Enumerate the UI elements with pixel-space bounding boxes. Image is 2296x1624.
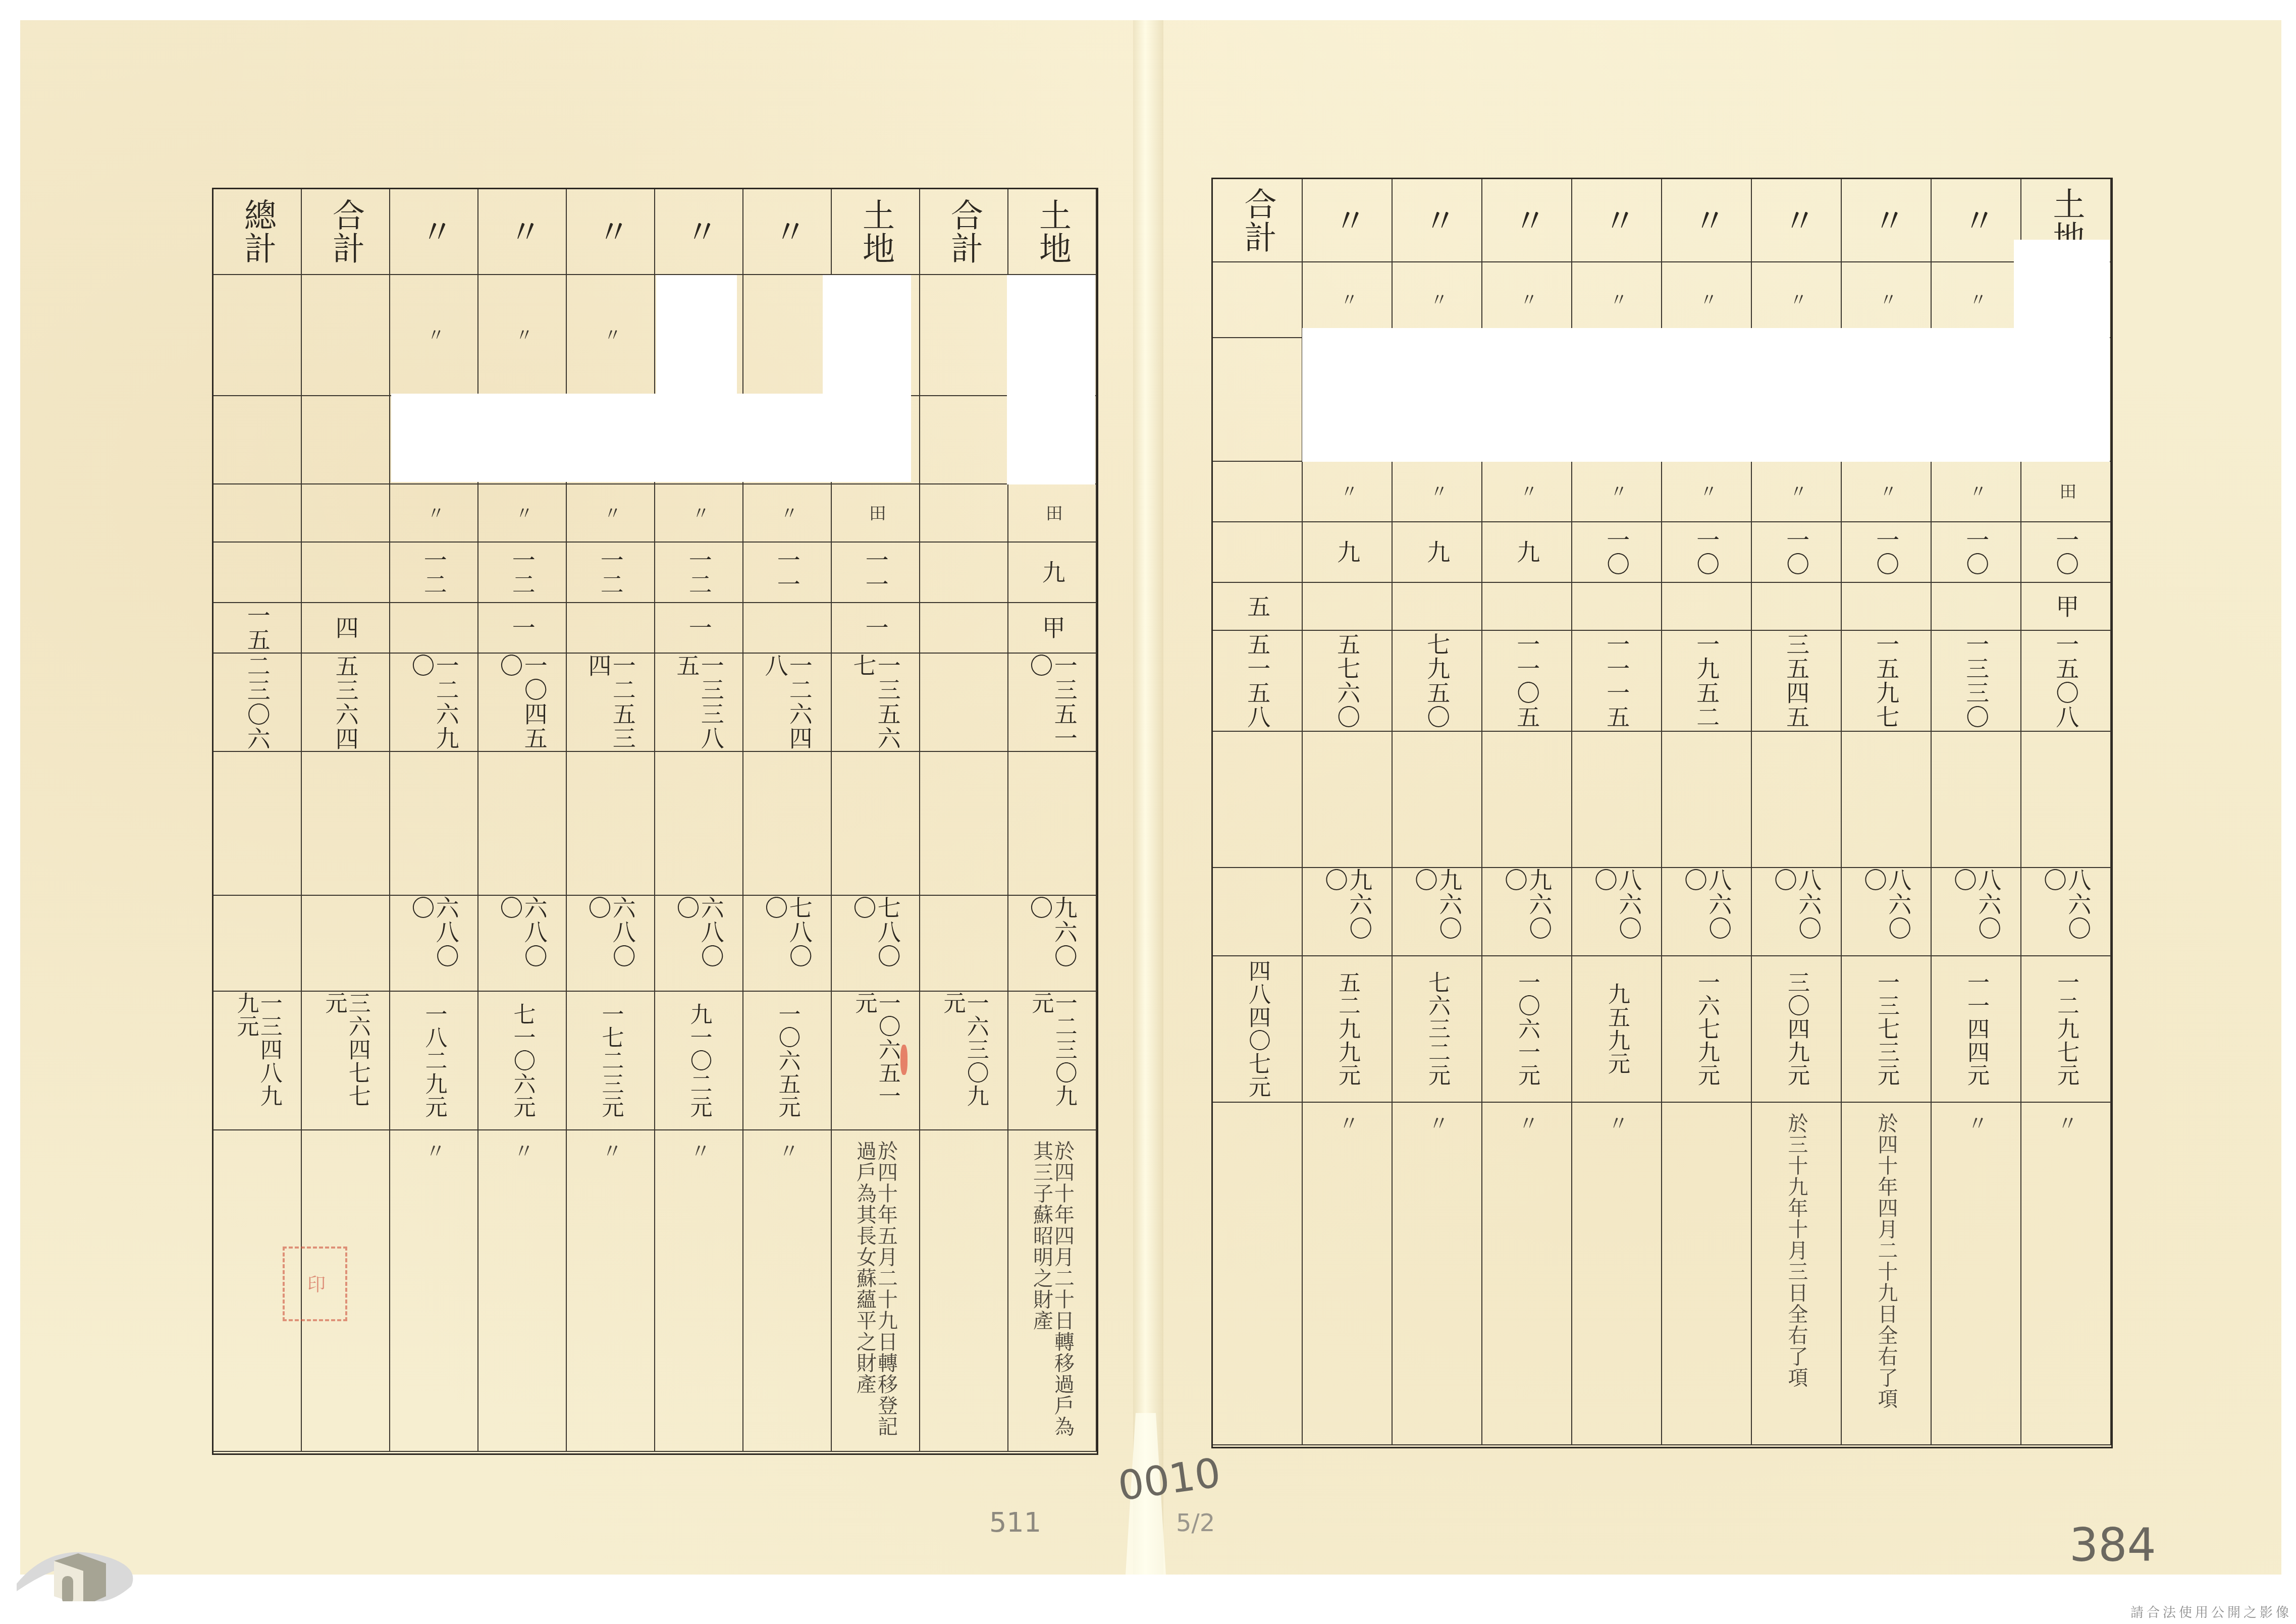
ledger-mark-text: 一 xyxy=(863,616,887,640)
ledger-header-text: 〃 xyxy=(1599,204,1633,237)
ledger-header-text: 〃 xyxy=(594,215,627,248)
ledger-grade-text: 九 xyxy=(1425,540,1449,564)
ledger-cell-remark xyxy=(1213,1103,1303,1445)
ledger-cell-grade: 一二 xyxy=(655,543,743,603)
ledger-cell-blank xyxy=(655,752,743,896)
ledger-cell-row2: 〃 xyxy=(478,275,567,396)
ledger-cell-unit_price xyxy=(920,896,1008,992)
ledger-cell-amount: 九五九元 xyxy=(1572,956,1662,1103)
ledger-cell-grade xyxy=(920,543,1008,603)
ledger-cell-area: 一三五一〇 xyxy=(1008,654,1097,752)
ledger-cell-header: 〃 xyxy=(1932,179,2021,262)
ledger-cell-remark: 〃 xyxy=(390,1130,478,1452)
ledger-cell-header: 土地 xyxy=(1008,189,1097,275)
ledger-cell-row2: 〃 xyxy=(1842,262,1932,338)
ledger-category-text: 〃 xyxy=(602,504,620,522)
ledger-cell-mark: 五 xyxy=(1213,583,1303,631)
ledger-row2-text: 〃 xyxy=(1787,291,1805,309)
ledger-row2-text: 〃 xyxy=(1877,291,1895,309)
ledger-cell-header: 〃 xyxy=(1482,179,1572,262)
ledger-cell-grade: 一〇 xyxy=(1842,522,1932,583)
ledger-cell-remark: 於三十九年十月三日全右了項 xyxy=(1752,1103,1842,1445)
ledger-cell-grade: 一〇 xyxy=(1572,522,1662,583)
ledger-cell-amount: 九一〇二元 xyxy=(655,992,743,1130)
ledger-cell-area xyxy=(920,654,1008,752)
ledger-remark-text: 〃 xyxy=(600,1130,621,1162)
ledger-cell-area: 五七六〇 xyxy=(1303,631,1393,732)
ledger-cell-header: 合計 xyxy=(302,189,390,275)
ledger-cell-header: 總計 xyxy=(213,189,302,275)
ledger-cell-header: 〃 xyxy=(1842,179,1932,262)
ledger-cell-area: 一一一五 xyxy=(1572,631,1662,732)
ledger-cell-blank xyxy=(302,752,390,896)
ledger-cell-area: 一二五三四 xyxy=(567,654,655,752)
ledger-cell-row2: 〃 xyxy=(567,275,655,396)
ledger-cell-amount: 一六三〇九元 xyxy=(920,992,1008,1130)
ledger-cell-grade: 一〇 xyxy=(1752,522,1842,583)
ledger-cell-blank xyxy=(478,752,567,896)
ledger-unit_price-text: 八六〇〇 xyxy=(2042,868,2091,955)
ledger-cell-blank xyxy=(1393,732,1482,868)
ledger-amount-text: 九五九元 xyxy=(1605,983,1628,1075)
ledger-cell-header: 〃 xyxy=(1752,179,1842,262)
ledger-cell-header: 〃 xyxy=(567,189,655,275)
ledger-cell-grade: 一〇 xyxy=(1662,522,1752,583)
ledger-amount-text: 一七二三元 xyxy=(599,1003,622,1119)
ledger-cell-mark: 一 xyxy=(832,603,920,654)
ledger-cell-unit_price xyxy=(302,896,390,992)
ledger-cell-unit_price: 八六〇〇 xyxy=(1572,868,1662,956)
ledger-cell-grade: 一〇 xyxy=(1932,522,2021,583)
ledger-cell-category: 〃 xyxy=(567,484,655,543)
red-seal-stamp: 印 xyxy=(283,1247,347,1321)
ledger-cell-area: 一三五六七 xyxy=(832,654,920,752)
ledger-row2-text: 〃 xyxy=(1608,291,1626,309)
ledger-amount-text: 一〇六五一元 xyxy=(852,992,898,1129)
ledger-cell-category: 〃 xyxy=(1842,462,1932,522)
ledger-grade-text: 九 xyxy=(1335,540,1359,564)
ledger-row2-text: 〃 xyxy=(513,326,531,344)
ledger-cell-header: 合計 xyxy=(1213,179,1303,262)
ledger-cell-row2: 〃 xyxy=(1393,262,1482,338)
ledger-cell-category: 〃 xyxy=(478,484,567,543)
ledger-area-text: 一三三八五 xyxy=(674,654,723,751)
ledger-area-text: 二三〇六 xyxy=(245,654,269,751)
ledger-cell-mark xyxy=(1842,583,1932,631)
ledger-remark-text: 〃 xyxy=(777,1130,798,1162)
ledger-area-text: 五七六〇 xyxy=(1335,632,1359,729)
ledger-row2-text: 〃 xyxy=(1518,291,1536,309)
ledger-cell-remark: 〃 xyxy=(478,1130,567,1452)
ledger-unit_price-text: 七八〇〇 xyxy=(851,896,900,991)
ledger-cell-category xyxy=(920,484,1008,543)
ledger-cell-unit_price: 九六〇〇 xyxy=(1393,868,1482,956)
ledger-cell-mark: 一 xyxy=(655,603,743,654)
ledger-row2-text: 〃 xyxy=(1428,291,1446,309)
ledger-grade-text: 一〇 xyxy=(1605,528,1629,576)
ledger-cell-grade xyxy=(213,543,302,603)
ledger-header-text: 〃 xyxy=(417,215,451,248)
ledger-cell-blank xyxy=(1303,732,1393,868)
ledger-cell-row2 xyxy=(213,275,302,396)
ledger-cell-mark xyxy=(390,603,478,654)
ledger-row2-text: 〃 xyxy=(425,326,443,344)
ledger-remark-text: 〃 xyxy=(1516,1103,1537,1134)
ledger-cell-mark: 甲 xyxy=(1008,603,1097,654)
ledger-amount-text: 三六四七七元 xyxy=(322,992,368,1129)
ledger-cell-remark xyxy=(1662,1103,1752,1445)
ledger-cell-mark xyxy=(1482,583,1572,631)
ledger-cell-mark xyxy=(1572,583,1662,631)
ledger-cell-area: 二三〇六 xyxy=(213,654,302,752)
ledger-cell-remark: 〃 xyxy=(1303,1103,1393,1445)
ledger-cell-area: 五三六四 xyxy=(302,654,390,752)
ledger-cell-remark: 〃 xyxy=(655,1130,743,1452)
ledger-cell-area: 五一五八 xyxy=(1213,631,1303,732)
ledger-cell-blank xyxy=(1482,732,1572,868)
ledger-cell-category: 〃 xyxy=(1932,462,2021,522)
ledger-category-text: 〃 xyxy=(425,504,443,522)
ledger-cell-category: 田 xyxy=(1008,484,1097,543)
ledger-grade-text: 一二 xyxy=(421,548,446,597)
ledger-cell-blank xyxy=(1752,732,1842,868)
ledger-amount-text: 五二九九元 xyxy=(1336,971,1359,1087)
ledger-cell-amount: 七一〇六元 xyxy=(478,992,567,1130)
ledger-cell-area: 一五九七 xyxy=(1842,631,1932,732)
ledger-cell-area: 七九五〇 xyxy=(1393,631,1482,732)
ledger-cell-category: 〃 xyxy=(1572,462,1662,522)
ledger-header-text: 〃 xyxy=(1330,204,1364,237)
ledger-cell-area: 一二六九〇 xyxy=(390,654,478,752)
ledger-area-text: 一二五三四 xyxy=(586,654,635,751)
ledger-header-text: 〃 xyxy=(1869,204,1903,237)
ledger-grade-text: 一二 xyxy=(686,548,711,597)
ledger-category-text: 〃 xyxy=(1518,482,1536,501)
ledger-remark-text: 〃 xyxy=(1606,1103,1627,1134)
pencil-folio-sub: 5/2 xyxy=(1176,1509,1215,1537)
ledger-cell-remark: 於四十年五月二十九日轉移登記過戶為其長女蘇蘊平之財產 xyxy=(832,1130,920,1452)
ledger-cell-remark: 〃 xyxy=(743,1130,832,1452)
ledger-cell-remark xyxy=(920,1130,1008,1452)
ledger-header-text: 總計 xyxy=(240,198,274,265)
ledger-unit_price-text: 八六〇〇 xyxy=(1592,868,1641,955)
ledger-cell-remark: 於四十年四月二十九日全右了項 xyxy=(1842,1103,1932,1445)
ledger-mark-text: 一 xyxy=(510,616,534,640)
ledger-amount-text: 四八四〇七元 xyxy=(1246,959,1269,1099)
ledger-cell-amount: 三〇四九元 xyxy=(1752,956,1842,1103)
ledger-cell-row3 xyxy=(302,396,390,484)
ledger-cell-category: 〃 xyxy=(390,484,478,543)
ledger-remark-text: 〃 xyxy=(688,1130,710,1162)
ledger-cell-row2: 〃 xyxy=(1662,262,1752,338)
ledger-amount-text: 七一〇六元 xyxy=(510,1003,533,1119)
ledger-cell-remark: 〃 xyxy=(1393,1103,1482,1445)
ledger-mark-text: 五 xyxy=(1245,594,1269,619)
ledger-category-text: 〃 xyxy=(1608,482,1626,501)
ledger-cell-grade: 一一 xyxy=(832,543,920,603)
ledger-remark-text: 〃 xyxy=(2055,1103,2076,1134)
ledger-cell-unit_price: 八六〇〇 xyxy=(1842,868,1932,956)
ledger-unit_price-text: 九六〇〇 xyxy=(1413,868,1462,955)
ledger-unit_price-text: 八六〇〇 xyxy=(1682,868,1731,955)
ledger-mark-text: 一五 xyxy=(245,604,269,652)
ledger-cell-amount: 七六三二元 xyxy=(1393,956,1482,1103)
ledger-cell-unit_price xyxy=(1213,868,1303,956)
ledger-cell-blank xyxy=(567,752,655,896)
ledger-cell-header: 合計 xyxy=(920,189,1008,275)
ledger-amount-text: 一〇六一元 xyxy=(1515,971,1538,1087)
ledger-unit_price-text: 六八〇〇 xyxy=(498,896,547,991)
ledger-cell-grade xyxy=(1213,522,1303,583)
ledger-category-text: 〃 xyxy=(1338,482,1356,501)
ledger-unit_price-text: 九六〇〇 xyxy=(1503,868,1552,955)
ledger-cell-unit_price: 八六〇〇 xyxy=(1752,868,1842,956)
ledger-cell-category: 田 xyxy=(2021,462,2111,522)
ledger-cell-amount: 一〇六五元 xyxy=(743,992,832,1130)
ledger-cell-mark xyxy=(567,603,655,654)
ledger-grade-text: 九 xyxy=(1040,560,1064,584)
ledger-area-text: 一九五二 xyxy=(1694,632,1719,729)
ledger-cell-unit_price: 六八〇〇 xyxy=(390,896,478,992)
ledger-row2-text: 〃 xyxy=(1967,291,1985,309)
ledger-cell-grade: 九 xyxy=(1008,543,1097,603)
ledger-cell-blank xyxy=(2021,732,2111,868)
ledger-cell-unit_price: 六八〇〇 xyxy=(478,896,567,992)
ledger-cell-grade: 一一 xyxy=(743,543,832,603)
ledger-remark-text: 〃 xyxy=(423,1130,445,1162)
ledger-cell-row2: 〃 xyxy=(1482,262,1572,338)
ledger-cell-blank xyxy=(1213,732,1303,868)
ledger-row2-text: 〃 xyxy=(602,326,620,344)
ledger-row2-text: 〃 xyxy=(1697,291,1716,309)
ledger-unit_price-text: 七八〇〇 xyxy=(763,896,812,991)
ledger-area-text: 一五〇八 xyxy=(2054,632,2078,729)
ledger-cell-mark: 一 xyxy=(478,603,567,654)
ledger-cell-mark: 甲 xyxy=(2021,583,2111,631)
ledger-area-text: 一一〇五 xyxy=(1515,632,1539,729)
redaction-block xyxy=(391,394,911,482)
ledger-cell-header: 〃 xyxy=(1393,179,1482,262)
ledger-cell-row2: 〃 xyxy=(1932,262,2021,338)
ledger-cell-mark: 一五 xyxy=(213,603,302,654)
ledger-cell-mark xyxy=(1303,583,1393,631)
ledger-grade-text: 一〇 xyxy=(1694,528,1719,576)
ledger-cell-amount: 一八二九元 xyxy=(390,992,478,1130)
ledger-grade-text: 九 xyxy=(1515,540,1539,564)
ledger-cell-unit_price: 九六〇〇 xyxy=(1482,868,1572,956)
ledger-cell-mark xyxy=(920,603,1008,654)
ledger-cell-header: 〃 xyxy=(390,189,478,275)
ledger-cell-category xyxy=(302,484,390,543)
ledger-cell-unit_price: 九六〇〇 xyxy=(1008,896,1097,992)
ledger-category-text: 〃 xyxy=(513,504,531,522)
ledger-area-text: 一五九七 xyxy=(1874,632,1898,729)
ledger-header-text: 〃 xyxy=(770,215,804,248)
ledger-cell-amount: 一三七三元 xyxy=(1842,956,1932,1103)
ledger-cell-unit_price xyxy=(213,896,302,992)
ledger-header-text: 〃 xyxy=(1510,204,1543,237)
ledger-unit_price-text: 九六〇〇 xyxy=(1028,896,1077,991)
ledger-remark-text: 〃 xyxy=(512,1130,533,1162)
ledger-cell-grade: 一二 xyxy=(567,543,655,603)
ledger-cell-category: 〃 xyxy=(1662,462,1752,522)
ledger-amount-text: 一〇六五元 xyxy=(775,1003,798,1119)
usage-watermark: 請合法使用公開之影像 xyxy=(2130,1602,2292,1621)
ledger-area-text: 一三五六七 xyxy=(851,654,900,751)
ledger-area-text: 一一一五 xyxy=(1605,632,1629,729)
ledger-cell-amount: 一〇六一元 xyxy=(1482,956,1572,1103)
ledger-cell-header: 〃 xyxy=(478,189,567,275)
ledger-cell-row2 xyxy=(302,275,390,396)
ledger-category-text: 田 xyxy=(1043,504,1061,522)
redaction-block xyxy=(1302,328,2110,462)
ledger-remark-text: 於四十年四月二十日轉移過戶為其三子蘇昭明之財產 xyxy=(1031,1130,1074,1451)
ledger-category-text: 〃 xyxy=(1787,482,1805,501)
ledger-area-text: 三五四五 xyxy=(1784,632,1808,729)
ledger-area-text: 七九五〇 xyxy=(1425,632,1449,729)
ledger-category-text: 〃 xyxy=(1967,482,1985,501)
ledger-area-text: 五三六四 xyxy=(333,654,357,751)
ledger-cell-grade: 九 xyxy=(1393,522,1482,583)
ledger-cell-unit_price: 六八〇〇 xyxy=(655,896,743,992)
ledger-grade-text: 一〇 xyxy=(1964,528,1988,576)
ledger-area-text: 一二六四八 xyxy=(763,654,812,751)
pencil-left-page-number: 511 xyxy=(989,1506,1041,1538)
ledger-area-text: 五一五八 xyxy=(1245,632,1269,729)
ledger-cell-area: 一二六四八 xyxy=(743,654,832,752)
ledger-grade-text: 一〇 xyxy=(1784,528,1808,576)
ledger-remark-text: 〃 xyxy=(1965,1103,1987,1134)
ledger-category-text: 田 xyxy=(867,504,885,522)
ledger-amount-text: 一二九七元 xyxy=(2054,971,2077,1087)
ledger-cell-row2 xyxy=(743,275,832,396)
ledger-area-text: 一〇四五〇 xyxy=(498,654,547,751)
ledger-mark-text: 四 xyxy=(333,616,357,640)
ledger-amount-text: 一三四八九九元 xyxy=(234,992,280,1129)
ledger-cell-category: 〃 xyxy=(1303,462,1393,522)
ledger-cell-header: 〃 xyxy=(743,189,832,275)
ledger-category-text: 〃 xyxy=(778,504,796,522)
ledger-cell-blank xyxy=(1842,732,1932,868)
ledger-remark-text: 於四十年四月二十九日全右了項 xyxy=(1876,1103,1897,1410)
ledger-remark-text: 於三十九年十月三日全右了項 xyxy=(1786,1103,1807,1388)
ledger-cell-amount: 一二三〇九元 xyxy=(1008,992,1097,1130)
ledger-grade-text: 一一 xyxy=(775,548,799,597)
ledger-cell-header: 〃 xyxy=(1303,179,1393,262)
ledger-cell-row3 xyxy=(1213,338,1303,462)
ledger-header-text: 土地 xyxy=(859,198,892,265)
ledger-remark-text: 於四十年五月二十九日轉移登記過戶為其長女蘇蘊平之財產 xyxy=(855,1130,897,1451)
ledger-cell-blank xyxy=(743,752,832,896)
ledger-remark-text: 〃 xyxy=(1337,1103,1358,1134)
ledger-area-text: 一三三〇 xyxy=(1964,632,1988,729)
ledger-category-text: 〃 xyxy=(690,504,708,522)
ledger-cell-amount: 三六四七七元 xyxy=(302,992,390,1130)
ledger-cell-amount: 四八四〇七元 xyxy=(1213,956,1303,1103)
ledger-cell-mark xyxy=(1393,583,1482,631)
ledger-cell-mark xyxy=(1662,583,1752,631)
ledger-cell-blank xyxy=(1932,732,2021,868)
ledger-header-text: 〃 xyxy=(1959,204,1993,237)
ledger-unit_price-text: 六八〇〇 xyxy=(674,896,723,991)
ledger-unit_price-text: 八六〇〇 xyxy=(1862,868,1911,955)
ledger-cell-amount: 一二九七元 xyxy=(2021,956,2111,1103)
ledger-header-text: 〃 xyxy=(682,215,716,248)
ledger-remark-text: 〃 xyxy=(1426,1103,1448,1134)
ledger-unit_price-text: 九六〇〇 xyxy=(1323,868,1372,955)
ledger-cell-mark: 四 xyxy=(302,603,390,654)
ledger-category-text: 田 xyxy=(2057,482,2075,501)
ledger-mark-text: 甲 xyxy=(2054,594,2078,619)
ledger-cell-remark: 〃 xyxy=(2021,1103,2111,1445)
ledger-amount-text: 一一四四元 xyxy=(1964,971,1988,1087)
ledger-cell-area: 一〇四五〇 xyxy=(478,654,567,752)
ledger-amount-text: 一三七三元 xyxy=(1875,971,1898,1087)
redaction-block xyxy=(823,275,911,396)
ledger-header-text: 合計 xyxy=(947,198,981,265)
ledger-cell-row2: 〃 xyxy=(1752,262,1842,338)
ledger-cell-unit_price: 七八〇〇 xyxy=(832,896,920,992)
ledger-cell-grade: 一〇 xyxy=(2021,522,2111,583)
red-ink-mark xyxy=(900,1045,907,1075)
ledger-cell-unit_price: 七八〇〇 xyxy=(743,896,832,992)
ledger-cell-header: 〃 xyxy=(1662,179,1752,262)
ledger-cell-category: 〃 xyxy=(655,484,743,543)
ledger-grade-text: 一〇 xyxy=(1874,528,1898,576)
ledger-cell-row2 xyxy=(1213,262,1303,338)
ledger-category-text: 〃 xyxy=(1697,482,1716,501)
ledger-cell-blank xyxy=(1572,732,1662,868)
ledger-area-text: 一二六九〇 xyxy=(409,654,458,751)
ledger-cell-amount: 一一四四元 xyxy=(1932,956,2021,1103)
ledger-unit_price-text: 六八〇〇 xyxy=(586,896,635,991)
ledger-cell-remark: 〃 xyxy=(1932,1103,2021,1445)
ledger-amount-text: 一六三〇九元 xyxy=(940,992,987,1129)
ledger-category-text: 〃 xyxy=(1877,482,1895,501)
ledger-cell-row2: 〃 xyxy=(390,275,478,396)
ledger-amount-text: 九一〇二元 xyxy=(687,1003,710,1119)
ledger-unit_price-text: 八六〇〇 xyxy=(1952,868,2001,955)
ledger-cell-category: 〃 xyxy=(1393,462,1482,522)
ledger-cell-area: 一五〇八 xyxy=(2021,631,2111,732)
ledger-cell-category xyxy=(1213,462,1303,522)
ledger-cell-row2 xyxy=(920,275,1008,396)
ledger-header-text: 〃 xyxy=(1779,204,1813,237)
ledger-cell-grade xyxy=(302,543,390,603)
ledger-cell-header: 土地 xyxy=(832,189,920,275)
ledger-cell-remark: 〃 xyxy=(1572,1103,1662,1445)
ledger-header-text: 合計 xyxy=(1240,187,1274,254)
ledger-cell-header: 〃 xyxy=(655,189,743,275)
redaction-block xyxy=(1007,275,1095,484)
ledger-header-text: 〃 xyxy=(505,215,539,248)
ledger-amount-text: 一二三〇九元 xyxy=(1029,992,1075,1129)
ledger-cell-blank xyxy=(213,752,302,896)
ledger-cell-category xyxy=(213,484,302,543)
ledger-cell-mark xyxy=(1752,583,1842,631)
ledger-cell-blank xyxy=(390,752,478,896)
ledger-cell-area: 一一〇五 xyxy=(1482,631,1572,732)
ledger-cell-amount: 一七二三元 xyxy=(567,992,655,1130)
ledger-grade-text: 一二 xyxy=(510,548,534,597)
ledger-cell-header: 〃 xyxy=(1572,179,1662,262)
ledger-unit_price-text: 八六〇〇 xyxy=(1772,868,1821,955)
ledger-amount-text: 三〇四九元 xyxy=(1785,971,1808,1087)
ledger-cell-unit_price: 六八〇〇 xyxy=(567,896,655,992)
ledger-header-text: 土地 xyxy=(1035,198,1069,265)
ledger-cell-row2: 〃 xyxy=(1303,262,1393,338)
ledger-grade-text: 一〇 xyxy=(2054,528,2078,576)
